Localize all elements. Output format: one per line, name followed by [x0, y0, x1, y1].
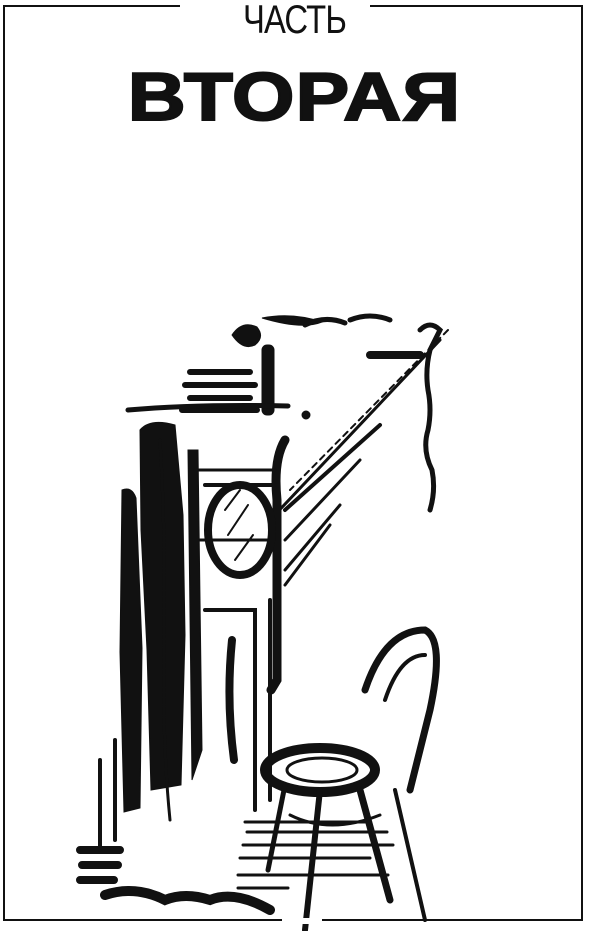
oval-mirror	[205, 485, 275, 575]
stove-and-chair-illustration	[0, 0, 589, 931]
frame-bottom-gap	[282, 918, 322, 924]
bentwood-chair	[265, 630, 436, 930]
tiled-stove	[120, 422, 285, 820]
shelf-objects	[128, 316, 390, 419]
wall-crack	[270, 325, 448, 585]
